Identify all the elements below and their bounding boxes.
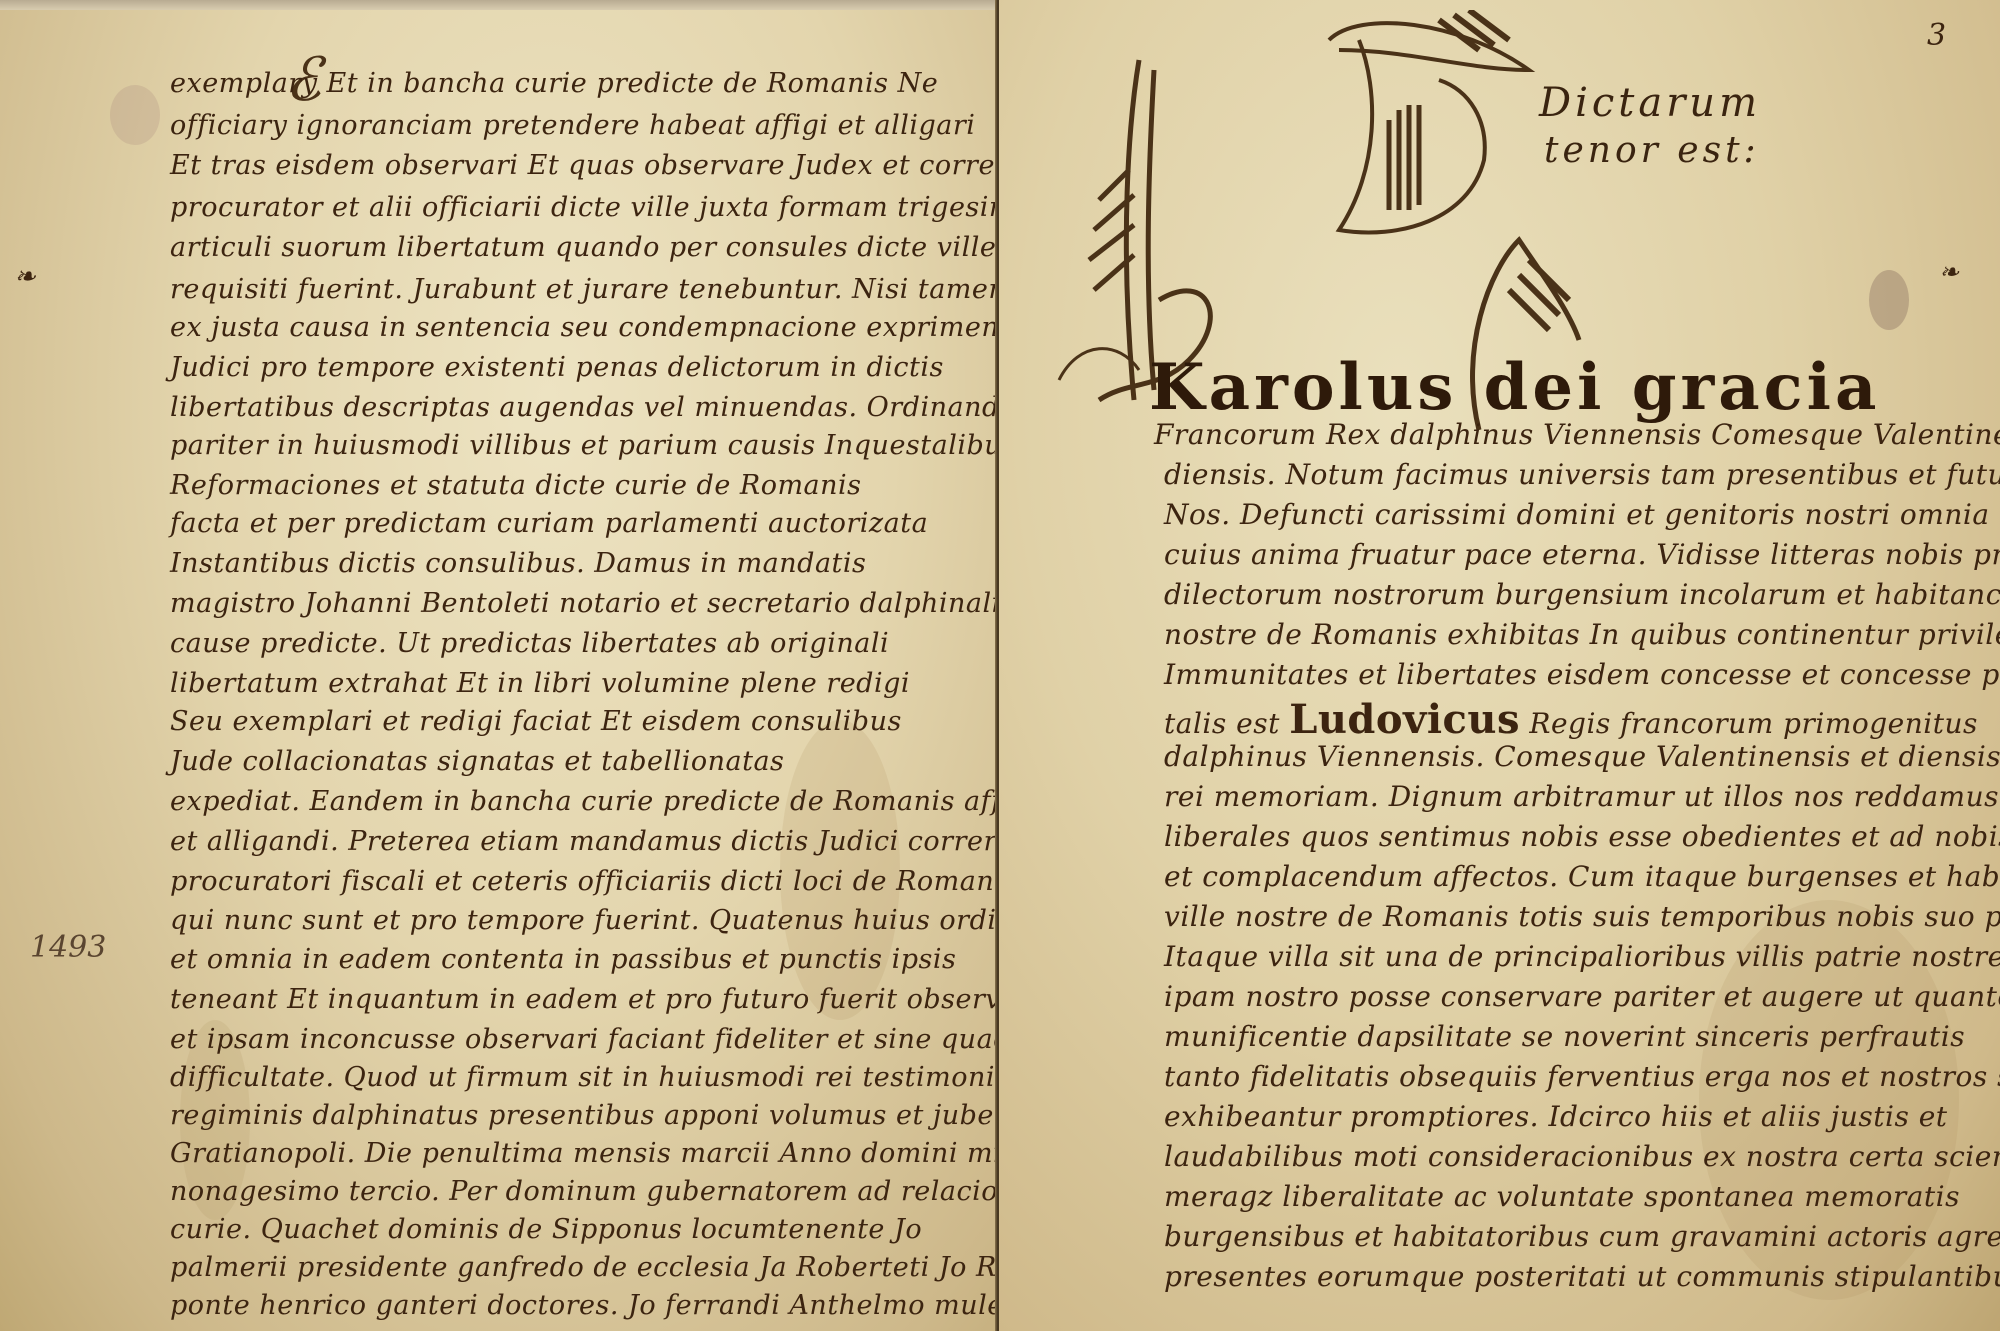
text-line: Judici pro tempore existenti penas delic… — [170, 352, 944, 383]
text-line: cuius anima fruatur pace eterna. Vidisse… — [1164, 538, 2000, 571]
calligraphic-initial-d-icon — [1319, 10, 1539, 240]
text-line: rei memoriam. Dignum arbitramur ut illos… — [1164, 780, 1999, 813]
text-line: et ipsam inconcusse observari faciant fi… — [170, 1024, 997, 1055]
text-line: pariter in huiusmodi villibus et parium … — [170, 430, 997, 461]
text-line: nonagesimo tercio. Per dominum gubernato… — [170, 1176, 997, 1207]
stain — [110, 85, 160, 145]
text-line: et omnia in eadem contenta in passibus e… — [170, 944, 956, 975]
text-line: Seu exemplari et redigi faciat Et eisdem… — [170, 706, 902, 737]
text-line: meragz liberalitate ac voluntate spontan… — [1164, 1180, 1960, 1213]
text-line: Instantibus dictis consulibus. Damus in … — [170, 548, 866, 579]
text-line: Immunitates et libertates eisdem concess… — [1164, 658, 2000, 691]
text-line: burgensibus et habitatoribus cum gravami… — [1164, 1220, 2000, 1253]
text-line: palmerii presidente ganfredo de ecclesia… — [170, 1252, 997, 1283]
text-line: talis est Ludovicus Regis francorum prim… — [1164, 696, 1978, 743]
text-line: libertatum extrahat Et in libri volumine… — [170, 668, 910, 699]
text-line: presentes eorumque posteritati ut commun… — [1164, 1260, 2000, 1293]
page-top-edge — [0, 0, 997, 10]
text-line: ville nostre de Romanis totis suis tempo… — [1164, 900, 2000, 933]
text-line: regiminis dalphinatus presentibus apponi… — [170, 1100, 997, 1131]
text-line: nostre de Romanis exhibitas In quibus co… — [1164, 618, 2000, 651]
text-line: procuratori fiscali et ceteris officiari… — [170, 866, 997, 897]
heading-line-2: tenor est: — [1544, 130, 1760, 171]
text-line: curie. Quachet dominis de Sipponus locum… — [170, 1214, 922, 1245]
margin-mark: ❧ — [14, 262, 36, 292]
text-line: expediat. Eandem in bancha curie predict… — [170, 786, 997, 817]
text-line: Et tras eisdem observari Et quas observa… — [170, 150, 997, 181]
text-line: et complacendum affectos. Cum itaque bur… — [1164, 860, 2000, 893]
text-line: difficultate. Quod ut firmum sit in huiu… — [170, 1062, 997, 1093]
right-page: 3 ❧ Dictarum — [999, 0, 2000, 1331]
text-line: exemplary Et in bancha curie predicte de… — [170, 68, 938, 99]
text-line: procurator et alii officiarii dicte vill… — [170, 192, 997, 223]
text-line: Gratianopoli. Die penultima mensis marci… — [170, 1138, 997, 1169]
text-line: et alligandi. Preterea etiam mandamus di… — [170, 826, 997, 857]
text-line: teneant Et inquantum in eadem et pro fut… — [170, 984, 997, 1015]
text-line: dilectorum nostrorum burgensium incolaru… — [1164, 578, 2000, 611]
text-line: magistro Johanni Bentoleti notario et se… — [170, 588, 997, 619]
text-line: facta et per predictam curiam parlamenti… — [170, 508, 928, 539]
text-line: dalphinus Viennensis. Comesque Valentine… — [1164, 740, 2000, 773]
margin-date: 1493 — [30, 930, 106, 965]
text-line: qui nunc sunt et pro tempore fuerint. Qu… — [170, 905, 997, 936]
text-line: laudabilibus moti consideracionibus ex n… — [1164, 1140, 2000, 1173]
text-line: exhibeantur promptiores. Idcirco hiis et… — [1164, 1100, 1948, 1133]
text-line: articuli suorum libertatum quando per co… — [170, 232, 996, 263]
text-line: ex justa causa in sentencia seu condempn… — [170, 312, 997, 343]
text-line: munificentie dapsilitate se noverint sin… — [1164, 1020, 1965, 1053]
text-line: cause predicte. Ut predictas libertates … — [170, 628, 889, 659]
show-through-heading — [1719, 80, 1730, 121]
left-page: ℰ ❧ 1493 exemplary Et in bancha curie pr… — [0, 0, 997, 1331]
text-line: ipam nostro posse conservare pariter et … — [1164, 980, 2000, 1013]
text-line: officiary ignoranciam pretendere habeat … — [170, 110, 975, 141]
text-line: requisiti fuerint. Jurabunt et jurare te… — [170, 274, 997, 305]
text-fragment: Regis francorum primogenitus — [1529, 707, 1978, 740]
text-line: libertatibus descriptas augendas vel min… — [170, 392, 997, 423]
folio-number: 3 — [1927, 18, 1946, 53]
margin-mark: ❧ — [1939, 258, 1959, 286]
stain — [1869, 270, 1909, 330]
emphasized-name: Ludovicus — [1289, 696, 1520, 743]
text-line: liberales quos sentimus nobis esse obedi… — [1164, 820, 2000, 853]
text-line: Itaque villa sit una de principalioribus… — [1164, 940, 2000, 973]
document-title: Karolus dei gracia — [1149, 350, 1880, 425]
text-line: Nos. Defuncti carissimi domini et genito… — [1164, 498, 1990, 531]
manuscript-spread: ℰ ❧ 1493 exemplary Et in bancha curie pr… — [0, 0, 2000, 1331]
text-line: Reformaciones et statuta dicte curie de … — [170, 470, 862, 501]
text-line: Francorum Rex dalphinus Viennensis Comes… — [1154, 418, 2000, 451]
text-line: tanto fidelitatis obsequiis ferventius e… — [1164, 1060, 2000, 1093]
text-line: Jude collacionatas signatas et tabellion… — [170, 746, 784, 777]
text-line: ponte henrico ganteri doctores. Jo ferra… — [170, 1290, 997, 1321]
abbreviation: talis est — [1164, 707, 1289, 740]
text-line: diensis. Notum facimus universis tam pre… — [1164, 458, 2000, 491]
